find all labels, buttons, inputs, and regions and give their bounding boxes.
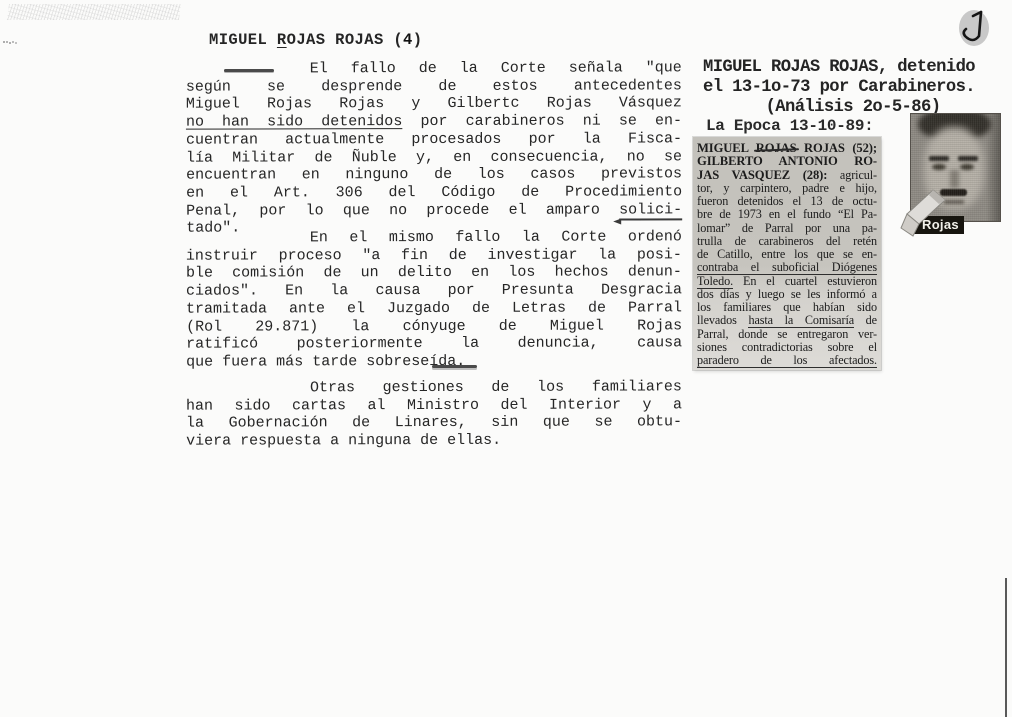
typed-line: En el mismo fallo la Corte ordenó (186, 228, 682, 247)
typed-line: ble comisión de un delito en los hechos … (186, 264, 682, 283)
paperclip-mark-icon (954, 5, 996, 51)
clipping-line: trulla de carabineros del retén (697, 235, 877, 248)
typed-line: no han sido detenidos por carabineros ni… (186, 112, 682, 131)
paragraph-3: Otras gestiones de los familiareshan sid… (186, 378, 682, 450)
typed-line: Penal, por lo que no procede el amparo s… (186, 201, 682, 220)
hand-dash-mark (432, 365, 477, 368)
typed-line: instruir proceso "a fin de investigar la… (186, 246, 682, 265)
paragraph-2: En el mismo fallo la Corte ordenóinstrui… (186, 228, 682, 371)
photo-detail (950, 170, 959, 188)
press-clipping: MIGUEL ROJAS ROJAS (52);GILBERTO ANTONIO… (693, 137, 881, 370)
clipping-line: de Catillo, entre los que se en- (697, 248, 877, 261)
clipping-line: Toledo. En el cuartel estuvieron (697, 275, 877, 288)
photo-detail (986, 114, 1000, 221)
clipping-line: GILBERTO ANTONIO RO- (697, 155, 877, 168)
right-column-header: MIGUEL ROJAS ROJAS, detenidoel 13-1o-73 … (703, 58, 1003, 118)
photo-detail (932, 164, 946, 170)
clipping-line: los familiares que habían sido (697, 301, 877, 314)
folded-arrow-icon (899, 188, 949, 242)
typed-line: han sido cartas al Ministro del Interior… (186, 396, 682, 415)
clipping-line: JAS VASQUEZ (28): agricul- (697, 169, 877, 182)
typed-line: Miguel Rojas Rojas y Gilbertc Rojas Vásq… (186, 95, 682, 114)
typed-line: Otras gestiones de los familiares (186, 378, 682, 397)
page-title-text: MIGUEL ROJAS ROJAS (4) (209, 31, 422, 49)
clipping-line: dos días y luego se les informó a (697, 288, 877, 301)
typed-line: tramitada ante el Juzgado de Letras de P… (186, 299, 682, 318)
typed-line: El fallo de la Corte señala "que (186, 59, 682, 78)
clipping-line: bre de 1973 en el fundo “El Pa- (697, 208, 877, 221)
typed-line: lía Militar de Ñuble y, en consecuencia,… (186, 148, 682, 167)
scan-smudge (7, 4, 181, 20)
scanned-document-page: MIGUEL ROJAS ROJAS (4) El fallo de la Co… (0, 0, 1012, 717)
photo-hair (918, 113, 991, 140)
typed-line: viera respuesta a ninguna de ellas. (186, 431, 682, 450)
clipping-line: tor, y carpintero, padre e hijo, (697, 182, 877, 195)
paragraph-1: El fallo de la Corte señala "quesegún se… (186, 59, 682, 237)
clipping-line: contraba el suboficial Diógenes (697, 261, 877, 274)
typed-line: encuentran en ninguno de los casos previ… (186, 166, 682, 185)
clipping-line: llevados hasta la Comisaría de (697, 314, 877, 327)
clipping-line: fueron detenidos el 13 de octu- (697, 195, 877, 208)
clipping-line: paradero de los afectados. (697, 354, 877, 367)
typed-line: cuentran actualmente procesados por la F… (186, 130, 682, 149)
page-title: MIGUEL ROJAS ROJAS (4) (209, 31, 422, 49)
scan-dots (3, 41, 5, 43)
clipping-line: siones contradictorias sobre el (697, 341, 877, 354)
typed-line: ciados". En la causa por Presunta Desgra… (186, 281, 682, 300)
clipping-line: Parral, donde se entregaron ver- (697, 328, 877, 341)
photo-detail (929, 156, 949, 161)
press-source-line: La Epoca 13-10-89: (706, 117, 873, 135)
clipping-line: lomar” de Parral por una pa- (697, 222, 877, 235)
header-line: el 13-1o-73 por Carabineros. (703, 78, 1003, 98)
typed-line: según se desprende de estos antecedentes (186, 77, 682, 96)
typed-line: la Gobernación de Linares, sin que se ob… (186, 414, 682, 433)
scan-edge-line (1005, 578, 1007, 717)
photo-detail (958, 156, 978, 161)
header-line: MIGUEL ROJAS ROJAS, detenido (703, 58, 1003, 78)
clipping-line: MIGUEL ROJAS ROJAS (52); (697, 142, 877, 155)
typed-line: (Rol 29.871) la cónyuge de Miguel Rojas (186, 317, 682, 336)
typed-line: ratificó posteriormente la denuncia, cau… (186, 335, 682, 354)
typed-line: en el Art. 306 del Código de Procedimien… (186, 183, 682, 202)
photo-detail (960, 164, 974, 170)
typed-line: que fuera más tarde sobreseída. (186, 352, 682, 371)
